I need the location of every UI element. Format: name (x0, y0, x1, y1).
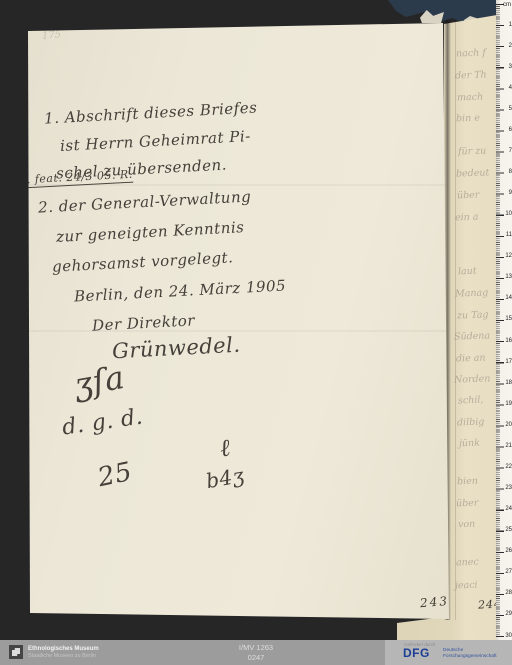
museum-logo (9, 645, 23, 659)
ruler-number: 29 (502, 611, 512, 617)
museum-organisation: Staatliche Museen zu Berlin (28, 653, 96, 659)
ruler-number: 6 (502, 127, 512, 133)
ruler-number: 30 (502, 633, 512, 639)
ink-line: gehorsamst vorgelegt. (52, 248, 234, 275)
ruler-unit-label: cm (503, 2, 511, 8)
ink-line: 1. Abschrift dieses Briefes (44, 98, 258, 127)
ink-line: b4ʒ (204, 463, 246, 493)
ruler-number: 7 (502, 148, 512, 154)
ruler-number: 28 (502, 590, 512, 596)
next-page-fold (455, 20, 456, 620)
text-fragment: nach f (456, 47, 486, 59)
ruler-number: 14 (502, 295, 512, 301)
ruler-number: 11 (502, 232, 512, 238)
pencil-mark: 175 (42, 29, 62, 42)
ink-line: 2. der General-Verwaltung (38, 187, 252, 216)
ink-line: Gut. feat. 24/3 05. R. (5, 168, 133, 190)
museum-name: Ethnologisches Museum (28, 646, 99, 653)
text-fragment: zu Tag (457, 309, 489, 321)
text-fragment: über (456, 498, 479, 510)
shelfmark-image-number: 0247 (200, 653, 312, 663)
text-fragment: von (458, 519, 476, 531)
ruler-number: 24 (502, 506, 512, 512)
text-fragment: bedeut (456, 167, 490, 179)
ink-line: ʒſa (71, 358, 127, 404)
text-fragment: bien (457, 476, 478, 488)
ruler-number: 25 (502, 527, 512, 533)
ruler-number: 22 (502, 464, 512, 470)
text-fragment: jünk (459, 438, 480, 450)
ruler-number: 23 (502, 485, 512, 491)
shelfmark-signature: I/MV 1263 (200, 643, 312, 653)
ruler-number: 4 (502, 85, 512, 91)
ruler-number: 20 (502, 422, 512, 428)
ruler-number: 5 (502, 106, 512, 112)
text-fragment: jeaci (455, 580, 478, 592)
page-crease (28, 330, 446, 332)
ruler-number: 3 (502, 64, 512, 70)
text-fragment: die an (456, 352, 486, 364)
text-fragment: bin e (456, 113, 480, 125)
footer-bar: Ethnologisches Museum Staatliche Museen … (0, 640, 512, 665)
text-fragment: Norden (454, 373, 491, 385)
text-fragment: für zu (458, 146, 487, 158)
ink-line: Grünwedel. (111, 333, 241, 364)
text-fragment: Manag (455, 287, 489, 299)
text-fragment: Südena (454, 330, 490, 342)
text-fragment: laut (458, 266, 477, 278)
ruler-number: 8 (502, 169, 512, 175)
text-fragment: dilbig (457, 417, 485, 429)
ruler: cm 1234567891011121314151617181920212223… (496, 0, 512, 640)
text-fragment: ein a (455, 212, 479, 224)
text-fragment: anec (456, 557, 479, 569)
ruler-number: 9 (502, 190, 512, 196)
ruler-number: 1 (502, 22, 512, 28)
ink-line: d. g. d. (61, 404, 145, 440)
ruler-number: 27 (502, 569, 512, 575)
ink-line: ℓ (218, 433, 232, 463)
ink-line: zur geneigten Kenntnis (56, 218, 245, 246)
ink-line: Berlin, den 24. März 1905 (74, 276, 287, 305)
ruler-number: 18 (502, 380, 512, 386)
ruler-number: 12 (502, 253, 512, 259)
museum-logo-icon (12, 648, 20, 656)
funding-section: Gefördert durch DFG Deutsche Forschungsg… (385, 640, 512, 665)
dfg-logo: DFG (403, 646, 430, 660)
ruler-number: 10 (502, 211, 512, 217)
ruler-number: 19 (502, 401, 512, 407)
ruler-number: 2 (502, 43, 512, 49)
text-fragment: über (457, 190, 480, 202)
text-fragment: mach (457, 92, 483, 104)
ruler-number: 26 (502, 548, 512, 554)
ruler-number: 13 (502, 274, 512, 280)
text-fragment: schil, (458, 395, 484, 407)
text-fragment: der Th (455, 69, 487, 81)
ruler-number: 17 (502, 359, 512, 365)
ruler-number: 15 (502, 316, 512, 322)
page-number: 243 (419, 594, 449, 610)
funding-org-line2: Forschungsgemeinschaft (443, 654, 497, 660)
ruler-number: 21 (502, 443, 512, 449)
shelfmark: I/MV 1263 0247 (200, 643, 312, 662)
funding-organisation: Deutsche Forschungsgemeinschaft (443, 648, 497, 659)
pencil-mark: 1A 1062 (11, 568, 30, 607)
ink-line: 25 (95, 457, 135, 493)
ruler-number: 16 (502, 338, 512, 344)
document-page: 1. Abschrift dieses Briefesist Herrn Geh… (0, 0, 512, 665)
ink-line: ist Herrn Geheimrat Pi- (60, 127, 251, 155)
